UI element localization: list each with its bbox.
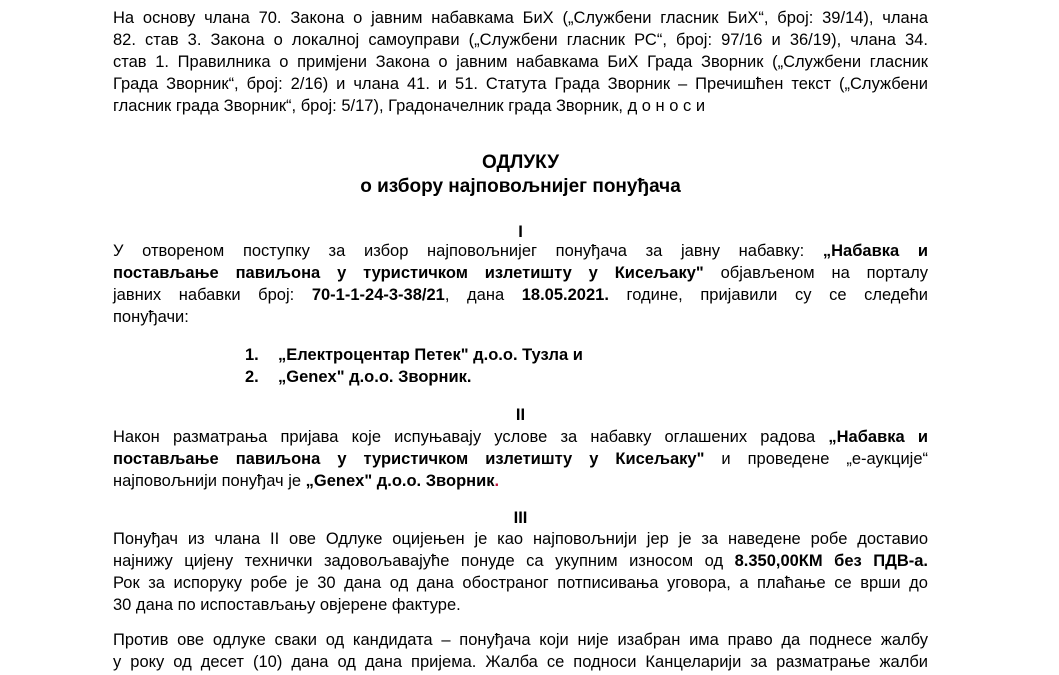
bidder-item-1: 1.„Електроцентар Петек" д.о.о. Тузла и [245,345,583,365]
section-2-line-3: најповољнији понуђач је „Genex" д.о.о. З… [113,471,928,491]
preamble-line-2: 82. став 3. Закона о локалној самоуправи… [113,30,928,50]
section-1-line-1: У отвореном поступку за избор најповољни… [113,241,928,261]
section-1-numeral: I [113,222,928,242]
preamble-line-4: Града Зворник“, број: 2/16) и члана 41. … [113,74,928,94]
section-2-line-1: Након разматрања пријава које испуњавају… [113,427,928,447]
document-title: ОДЛУКУ [113,152,928,174]
document-subtitle: о избору најповољнијег понуђача [113,176,928,198]
preamble-line-5: гласник града Зворник“, број: 5/17), Гра… [113,96,928,116]
section-1-line-3: јавних набавки број: 70-1-1-24-3-38/21, … [113,285,928,305]
section-3-line-4: 30 дана по испостављању овјерене фактуре… [113,595,928,615]
bidder-item-2: 2.„Genex" д.о.о. Зворник. [245,367,471,387]
document-page: На основу члана 70. Закона о јавним наба… [0,0,1059,675]
section-1-line-4: понуђачи: [113,307,928,327]
section-3-numeral: III [113,508,928,528]
section-2-line-2: постављање павиљона у туристичком излети… [113,449,928,469]
section-3-line-2: најнижу цијену технички задовољавајуће п… [113,551,928,571]
appeal-line-2: у року од десет (10) дана од дана пријем… [113,652,928,672]
preamble-line-3: став 1. Правилника о примјени Закона о ј… [113,52,928,72]
section-3-line-3: Рок за испоруку робе је 30 дана од дана … [113,573,928,593]
preamble-line-1: На основу члана 70. Закона о јавним наба… [113,8,928,28]
section-3-line-1: Понуђач из члана II ове Одлуке оцијењен … [113,529,928,549]
appeal-line-1: Против ове одлуке сваки од кандидата – п… [113,630,928,650]
section-2-numeral: II [113,405,928,425]
section-1-line-2: постављање павиљона у туристичком излети… [113,263,928,283]
